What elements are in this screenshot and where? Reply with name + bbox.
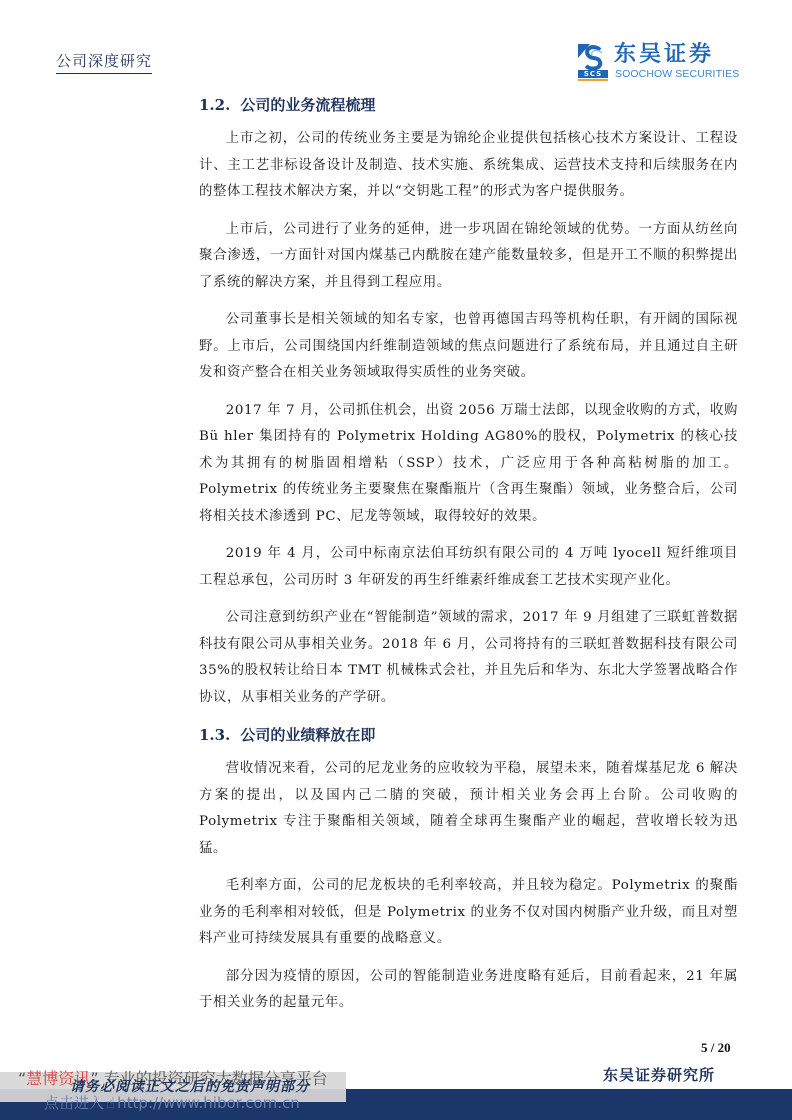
section-1-2: 1.2.公司的业务流程梳理 上市之初，公司的传统业务主要是为锦纶企业提供包括核心…	[206, 92, 738, 711]
section-heading: 1.3.公司的业绩释放在即	[199, 722, 738, 748]
report-body: 1.2.公司的业务流程梳理 上市之初，公司的传统业务主要是为锦纶企业提供包括核心…	[206, 92, 738, 1028]
scs-logo-icon	[578, 44, 608, 72]
watermark-link[interactable]: 点击进入☝http://www.hibor.com.cn	[44, 1092, 300, 1113]
paragraph: 上市之初，公司的传统业务主要是为锦纶企业提供包括核心技术方案设计、工程设计、主工…	[199, 126, 738, 206]
link-prefix: 点击进入	[44, 1094, 104, 1112]
soochow-securities-logo: SCS 东吴证券 SOOCHOW SECURITIES	[578, 42, 748, 82]
paragraph: 部分因为疫情的原因，公司的智能制造业务进度略有延后，目前看起来，21 年属于相关…	[199, 964, 738, 1017]
paragraph: 2019 年 4 月，公司中标南京法伯耳纺织有限公司的 4 万吨 lyocell…	[199, 541, 738, 594]
footer-org-name: 东吴证券研究所	[603, 1064, 715, 1085]
section-number: 1.3.	[199, 726, 230, 744]
page-number: 5 / 20	[701, 1040, 731, 1056]
paragraph: 公司注意到纺织产业在“智能制造”领域的需求，2017 年 9 月组建了三联虹普数…	[199, 605, 738, 711]
section-1-3: 1.3.公司的业绩释放在即 营收情况来看，公司的尼龙业务的应收较为平稳，展望未来…	[206, 722, 738, 1017]
logo-scs-mark: SCS	[578, 70, 608, 78]
logo-underline	[578, 79, 608, 81]
report-type-header: 公司深度研究	[56, 50, 152, 74]
section-number: 1.2.	[199, 96, 230, 114]
pointer-hand-icon: ☝	[106, 1094, 115, 1112]
link-url[interactable]: http://www.hibor.com.cn	[117, 1094, 300, 1112]
logo-name-en: SOOCHOW SECURITIES	[615, 68, 739, 80]
logo-name-cn: 东吴证券	[614, 42, 714, 68]
paragraph: 2017 年 7 月，公司抓住机会，出资 2056 万瑞士法郎，以现金收购的方式…	[199, 398, 738, 531]
section-heading: 1.2.公司的业务流程梳理	[199, 92, 738, 118]
paragraph: 营收情况来看，公司的尼龙业务的应收较为平稳，展望未来，随着煤基尼龙 6 解决方案…	[199, 756, 738, 862]
section-title: 公司的业务流程梳理	[240, 96, 375, 114]
paragraph: 毛利率方面，公司的尼龙板块的毛利率较高，并且较为稳定。Polymetrix 的聚…	[199, 873, 738, 953]
section-title: 公司的业绩释放在即	[240, 726, 375, 744]
paragraph: 上市后，公司进行了业务的延伸，进一步巩固在锦纶领域的优势。一方面从纺丝向聚合渗透…	[199, 217, 738, 297]
paragraph: 公司董事长是相关领域的知名专家，也曾再德国吉玛等机构任职，有开阔的国际视野。上市…	[199, 307, 738, 387]
